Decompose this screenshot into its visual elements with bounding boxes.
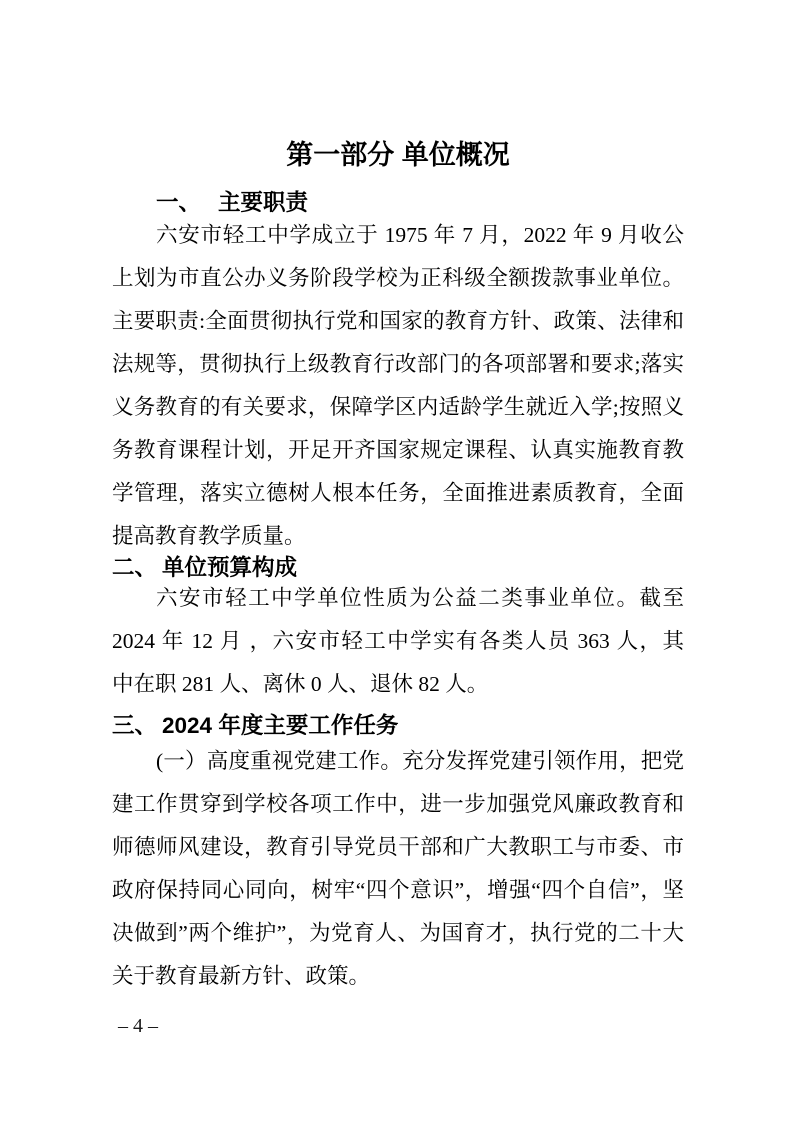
- section-heading-3: 三、2024 年度主要工作任务: [112, 709, 684, 742]
- body-text-line: 务教育课程计划，开足开齐国家规定课程、认真实施教育教: [112, 429, 684, 472]
- page-number: – 4 –: [118, 1013, 158, 1039]
- body-text-line: 中在职 281 人、离休 0 人、退休 82 人。: [112, 663, 684, 706]
- body-text-line: 师德师风建设，教育引导党员干部和广大教职工与市委、市: [112, 826, 684, 869]
- section-1-number: 一、: [156, 190, 201, 215]
- body-text-line: 六安市轻工中学单位性质为公益二类事业单位。截至: [112, 577, 684, 620]
- page-title: 第一部分 单位概况: [112, 136, 684, 174]
- section-2-paragraph: 六安市轻工中学单位性质为公益二类事业单位。截至 2024 年 12 月 ，六安市…: [112, 577, 684, 706]
- body-text-line: 2024 年 12 月 ，六安市轻工中学实有各类人员 363 人，其: [112, 620, 684, 663]
- body-text-line: 法规等，贯彻执行上级教育行改部门的各项部署和要求;落实: [112, 343, 684, 386]
- body-text-line: 决做到”两个维护”，为党育人、为国育才，执行党的二十大: [112, 912, 684, 955]
- document-page: 第一部分 单位概况 一、主要职责 六安市轻工中学成立于 1975 年 7 月，2…: [0, 0, 793, 1122]
- body-text-line: 学管理，落实立德树人根本任务，全面推进素质教育，全面: [112, 472, 684, 515]
- body-text-line: 上划为市直公办义务阶段学校为正科级全额拨款事业单位。: [112, 257, 684, 300]
- body-text-line: (一）高度重视党建工作。充分发挥党建引领作用，把党: [112, 740, 684, 783]
- body-text-line: 六安市轻工中学成立于 1975 年 7 月，2022 年 9 月收公: [112, 214, 684, 257]
- body-text-line: 义务教育的有关要求，保障学区内适龄学生就近入学;按照义: [112, 386, 684, 429]
- body-text-line: 关于教育最新方针、政策。: [112, 955, 684, 998]
- body-text-line: 政府保持同心同向，树牢“四个意识”，增强“四个自信”，坚: [112, 869, 684, 912]
- section-3-number: 三、: [112, 713, 157, 738]
- section-3-title: 2024 年度主要工作任务: [162, 713, 398, 738]
- section-1-title: 主要职责: [218, 190, 308, 215]
- section-3-paragraph: (一）高度重视党建工作。充分发挥党建引领作用，把党 建工作贯穿到学校各项工作中，…: [112, 740, 684, 998]
- body-text-line: 建工作贯穿到学校各项工作中，进一步加强党风廉政教育和: [112, 783, 684, 826]
- body-text-line: 主要职责:全面贯彻执行党和国家的教育方针、政策、法律和: [112, 300, 684, 343]
- section-1-paragraph: 六安市轻工中学成立于 1975 年 7 月，2022 年 9 月收公 上划为市直…: [112, 214, 684, 558]
